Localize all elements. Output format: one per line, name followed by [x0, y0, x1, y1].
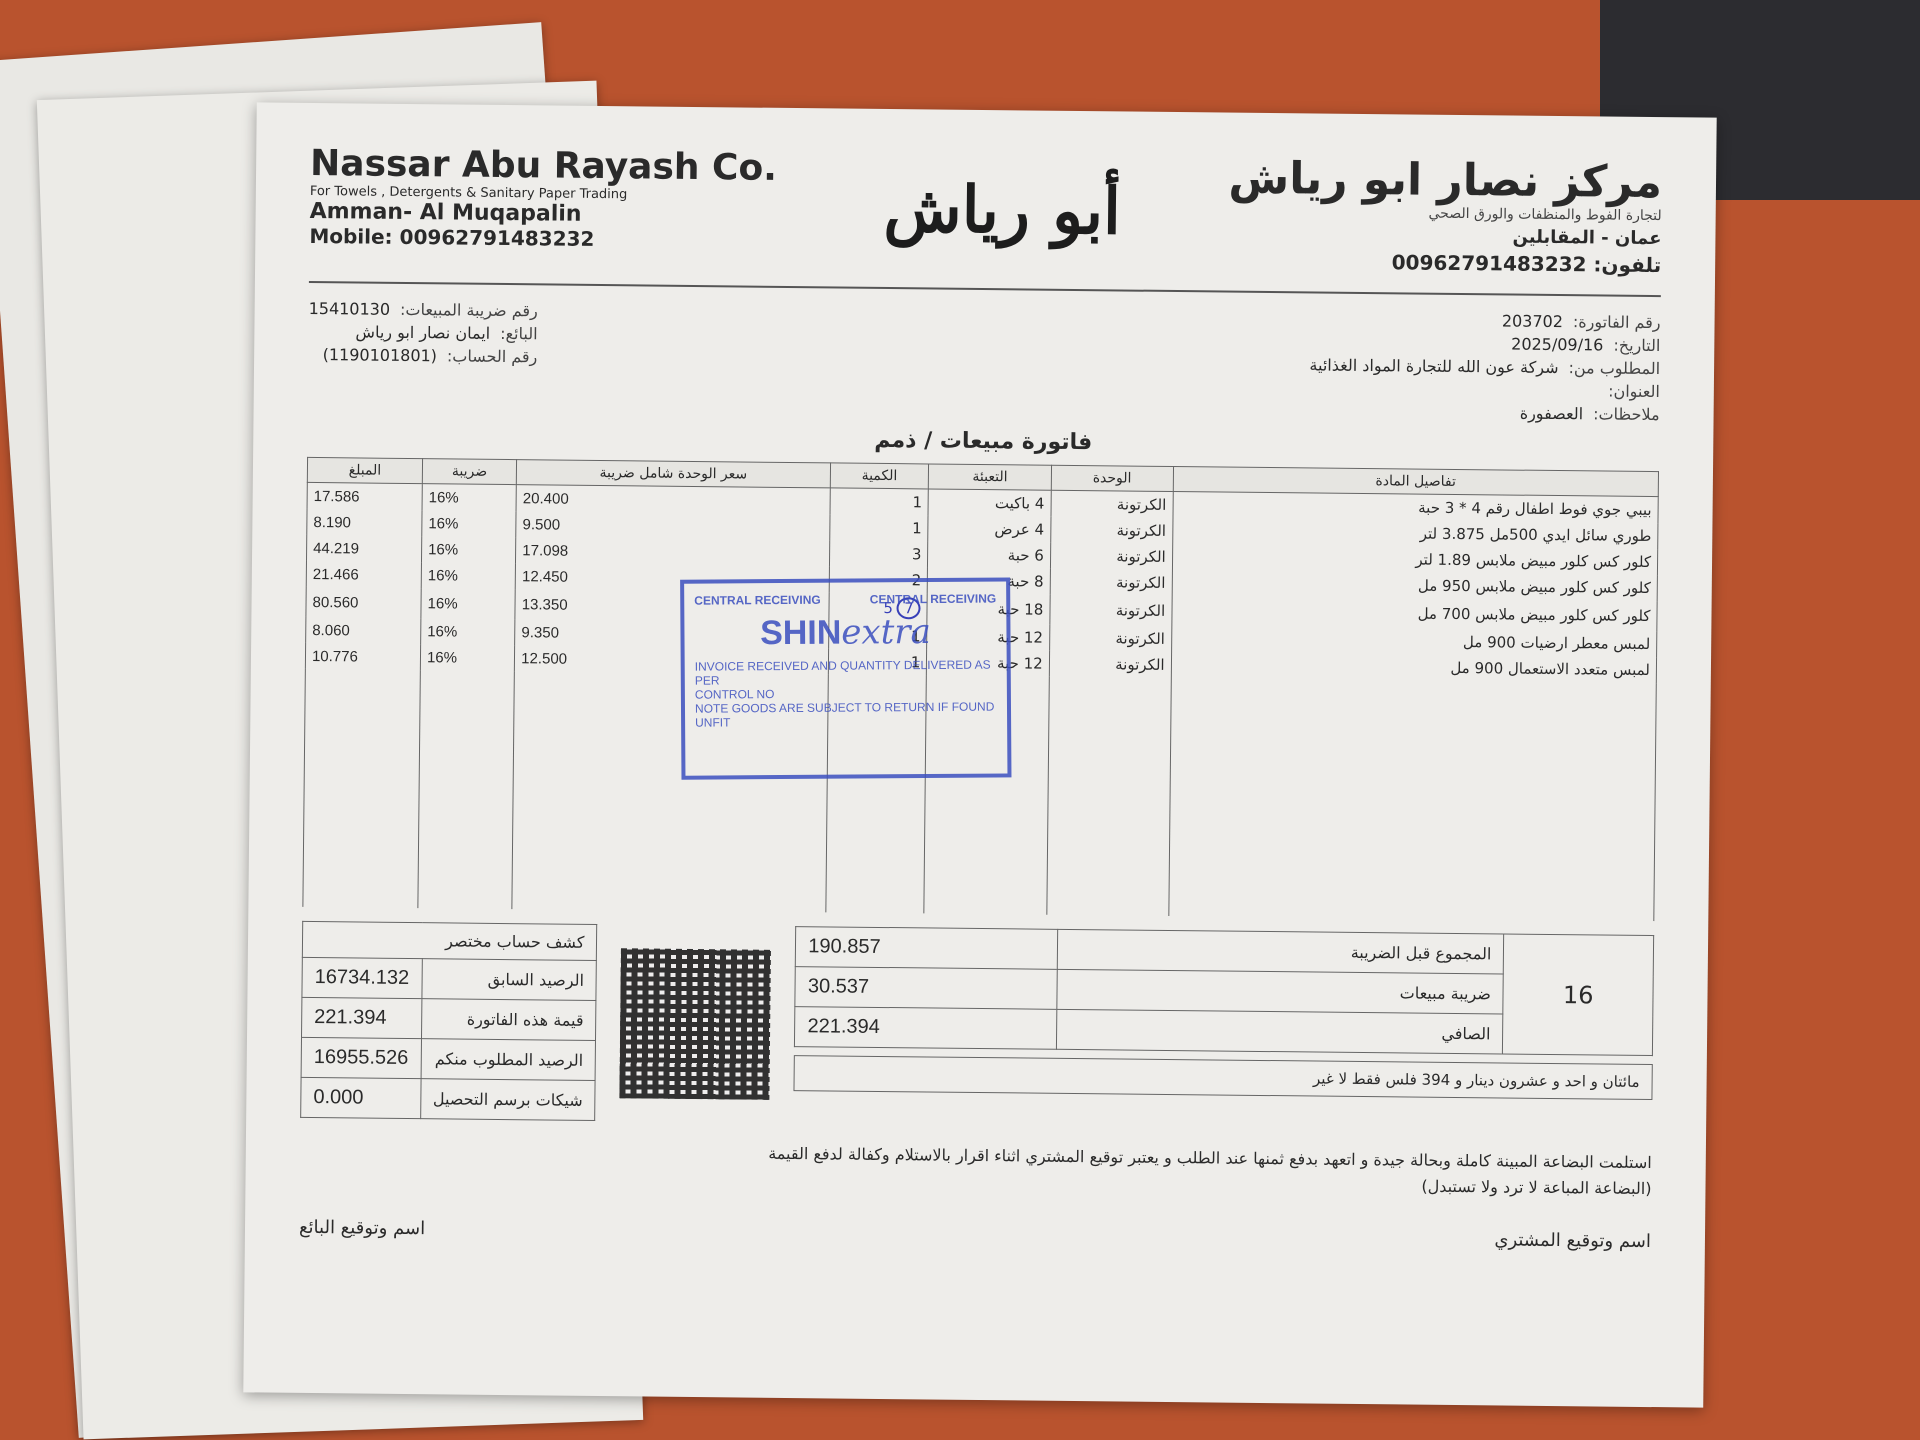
invoice-details: رقم الفاتورة:203702 التاريخ:2025/09/16 ا…: [1309, 309, 1661, 428]
customer-name: شركة عون الله للتجارة المواد الغذائية: [1309, 355, 1558, 377]
seller-name-ar: مركز نصار ابو رياش: [1228, 153, 1662, 209]
stamp-line-1: INVOICE RECEIVED AND QUANTITY DELIVERED …: [695, 658, 997, 688]
sales-tax-label: ضريبة مبيعات: [1057, 969, 1503, 1014]
seller-header-english: Nassar Abu Rayash Co. For Towels , Deter…: [309, 143, 777, 253]
account-value: 16734.132: [302, 957, 422, 998]
cell-amount: 21.466: [306, 561, 421, 588]
totals-table: 16 المجموع قبل الضريبة 190.857 ضريبة مبي…: [794, 926, 1654, 1056]
cell-tax: 16%: [420, 644, 514, 671]
stamp-brand-bold: SHIN: [760, 614, 841, 653]
column-header: المبلغ: [307, 457, 422, 483]
cell-unit: الكرتونة: [1050, 595, 1172, 626]
tax-rate: 16: [1503, 934, 1654, 1056]
empty-cell: [1047, 677, 1171, 916]
invoice-number: 203702: [1502, 311, 1563, 331]
invoice-lower-section: 16 المجموع قبل الضريبة 190.857 ضريبة مبي…: [300, 921, 1654, 1132]
account-summary-title: كشف حساب مختصر: [302, 921, 597, 960]
notes-label: ملاحظات:: [1593, 404, 1660, 424]
stamp-line-3: NOTE GOODS ARE SUBJECT TO RETURN IF FOUN…: [695, 700, 997, 730]
seller-header-arabic: مركز نصار ابو رياش لتجارة الفوط والمنظفا…: [1228, 153, 1663, 278]
account-row: الرصيد المطلوب منكم16955.526: [301, 1037, 596, 1080]
column-header: ضريبة: [422, 459, 516, 485]
salesperson-name: ايمان نصار ابو رياش: [355, 322, 490, 342]
seller-mobile-en: Mobile: 00962791483232: [309, 224, 776, 253]
net-value: 221.394: [795, 1007, 1057, 1050]
subtotal-value: 190.857: [796, 927, 1058, 970]
account-label: الرصيد المطلوب منكم: [421, 1039, 596, 1081]
cell-amount: 17.586: [307, 482, 422, 510]
tax-number-label: رقم ضريبة المبيعات:: [400, 300, 538, 320]
cell-tax: 16%: [421, 562, 515, 589]
seller-subtitle-ar: لتجارة الفوط والمنظفات والورق الصحي: [1228, 204, 1662, 225]
invoice-date-label: التاريخ:: [1613, 336, 1660, 355]
cell-price: 9.500: [516, 511, 830, 540]
invoice-meta: رقم الفاتورة:203702 التاريخ:2025/09/16 ا…: [308, 299, 1661, 428]
mobile-label: Mobile:: [309, 224, 392, 249]
signature-area: اسم وتوقيع المشتري اسم وتوقيع البائع: [299, 1217, 1651, 1252]
account-row: قيمة هذه الفاتورة221.394: [302, 997, 597, 1040]
footer-notes: استلمت البضاعة المبينة كاملة وبحالة جيدة…: [299, 1136, 1651, 1201]
cell-tax: 16%: [421, 588, 515, 619]
cell-unit: الكرتونة: [1049, 625, 1171, 652]
customer-label: المطلوب من:: [1568, 358, 1660, 378]
net-amount-in-words: مائتان و احد و عشرون دينار و 394 فلس فقط…: [794, 1055, 1653, 1100]
invoice-sheet: مركز نصار ابو رياش لتجارة الفوط والمنظفا…: [243, 102, 1716, 1407]
account-label: شيكات برسم التحصيل: [420, 1079, 595, 1121]
cell-tax: 16%: [421, 618, 515, 645]
invoice-title: فاتورة مبيعات / ذمم: [307, 422, 1659, 461]
cell-amount: 8.190: [307, 509, 422, 536]
account-number: (1190101801): [323, 345, 437, 365]
salesperson-label: البائع:: [500, 324, 538, 343]
subtotal-label: المجموع قبل الضريبة: [1058, 929, 1504, 974]
seller-location-ar: عمان - المقابلين: [1228, 224, 1662, 250]
stamp-brand: SHINextra: [694, 612, 996, 654]
seller-name-en: Nassar Abu Rayash Co.: [310, 143, 777, 189]
invoice-header: مركز نصار ابو رياش لتجارة الفوط والمنظفا…: [309, 143, 1662, 297]
stamp-brand-italic: extra: [841, 612, 931, 653]
address-label: العنوان:: [1608, 382, 1660, 402]
cell-tax: 16%: [422, 510, 516, 537]
empty-cell: [418, 670, 515, 909]
stamp-labels: CENTRAL RECEIVING CENTRAL RECEIVING: [694, 592, 996, 608]
cell-price: 20.400: [516, 485, 830, 515]
cell-unit: الكرتونة: [1051, 490, 1173, 518]
tax-number: 15410130: [309, 299, 391, 319]
phone-label: تلفون:: [1593, 252, 1661, 277]
phone-value: 00962791483232: [1392, 250, 1587, 276]
cell-amount: 80.560: [306, 587, 421, 618]
seller-phone-ar: تلفون: 00962791483232: [1228, 249, 1662, 278]
account-summary-table: كشف حساب مختصر الرصيد السابق16734.132قيم…: [300, 921, 597, 1121]
account-value: 0.000: [301, 1077, 421, 1118]
account-row: شيكات برسم التحصيل0.000: [301, 1077, 596, 1120]
net-label: الصافي: [1057, 1009, 1503, 1054]
cell-pack: 6 حبة: [928, 541, 1051, 568]
account-label: قيمة هذه الفاتورة: [421, 999, 596, 1041]
seller-logo: أبو رياش: [883, 171, 1121, 248]
cell-unit: الكرتونة: [1050, 569, 1172, 596]
seller-signature-label: اسم وتوقيع البائع: [299, 1217, 425, 1239]
cell-tax: 16%: [422, 484, 516, 511]
mobile-value: 00962791483232: [399, 225, 594, 251]
column-header: سعر الوحدة شامل ضريبة: [516, 460, 830, 488]
cell-amount: 10.776: [305, 643, 420, 670]
notes-value: العصفورة: [1520, 404, 1584, 424]
cell-qty: 1: [829, 514, 928, 541]
invoice-number-label: رقم الفاتورة:: [1573, 312, 1661, 332]
cell-unit: الكرتونة: [1050, 543, 1172, 570]
receiving-stamp: CENTRAL RECEIVING CENTRAL RECEIVING SHIN…: [680, 577, 1011, 779]
column-header: الوحدة: [1051, 465, 1173, 491]
cell-unit: الكرتونة: [1050, 517, 1172, 544]
qr-code: [620, 948, 772, 1100]
cell-tax: 16%: [421, 536, 515, 563]
cell-amount: 44.219: [306, 535, 421, 562]
cell-pack: 4 عرض: [928, 515, 1051, 542]
stamp-left-label: CENTRAL RECEIVING: [694, 593, 821, 608]
account-value: 16955.526: [301, 1037, 421, 1078]
account-value: 221.394: [302, 997, 422, 1038]
column-header: الكمية: [830, 463, 929, 489]
account-label: الرصيد السابق: [421, 959, 596, 1001]
cell-unit: الكرتونة: [1049, 651, 1171, 678]
totals-block: 16 المجموع قبل الضريبة 190.857 ضريبة مبي…: [793, 926, 1654, 1132]
seller-tax-details: رقم ضريبة المبيعات:15410130 البائع:ايمان…: [308, 299, 538, 416]
sales-tax-value: 30.537: [795, 967, 1057, 1010]
invoice-date: 2025/09/16: [1511, 335, 1603, 355]
account-number-label: رقم الحساب:: [447, 346, 538, 366]
cell-qty: 1: [830, 488, 929, 516]
cell-pack: 4 باكيت: [928, 489, 1051, 517]
buyer-signature-label: اسم وتوقيع المشتري: [1494, 1230, 1651, 1253]
stamp-right-label: CENTRAL RECEIVING: [870, 592, 997, 607]
cell-price: 17.098: [516, 537, 830, 566]
cell-amount: 8.060: [306, 617, 421, 644]
column-header: التعبئة: [929, 464, 1052, 490]
empty-cell: [1168, 678, 1656, 921]
empty-cell: [303, 669, 420, 908]
cell-qty: 3: [829, 540, 928, 567]
account-row: الرصيد السابق16734.132: [302, 957, 597, 1000]
